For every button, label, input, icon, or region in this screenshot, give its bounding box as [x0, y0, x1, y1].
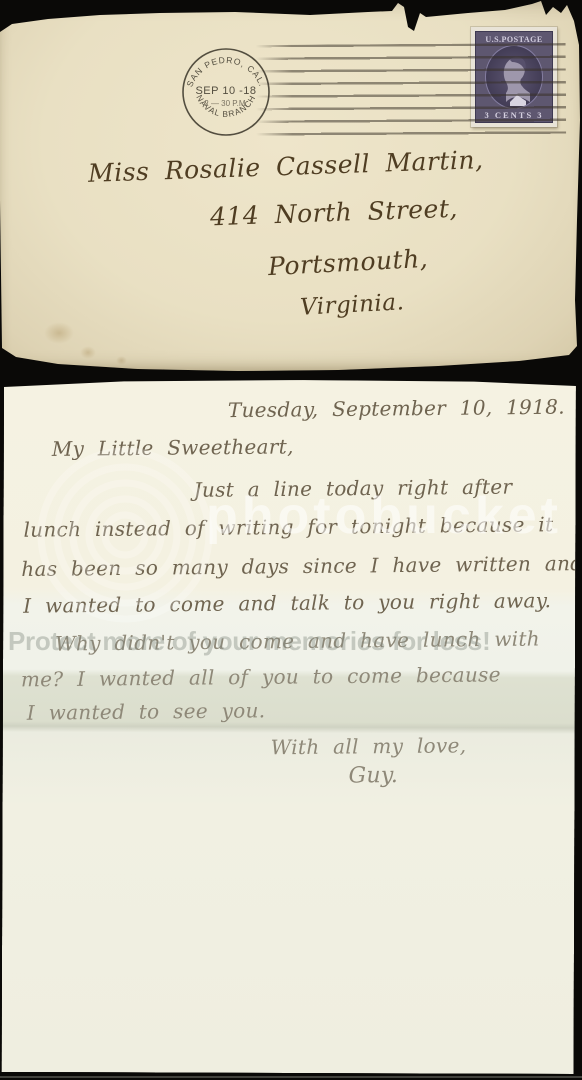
scan-edge-line	[0, 1076, 582, 1078]
envelope: SAN PEDRO, CAL. SEP 10 -18 2 — 30 P.M. N…	[0, 0, 582, 372]
envelope-stain	[44, 322, 74, 344]
letter-body-line: I wanted to see you.	[27, 698, 266, 724]
envelope-stain	[80, 346, 96, 359]
letter-body-line: lunch instead of writing for tonight bec…	[23, 512, 553, 542]
letter-closing: With all my love,	[271, 733, 467, 759]
postmark-date: SEP 10 -18	[195, 85, 256, 97]
scanned-letter-photo: SAN PEDRO, CAL. SEP 10 -18 2 — 30 P.M. N…	[0, 0, 582, 1080]
address-line-state: Virginia.	[299, 289, 405, 320]
letter-body-line: Just a line today right after	[193, 475, 512, 502]
letter-body-line: has been so many days since I have writt…	[21, 551, 582, 581]
address-line-recipient: Miss Rosalie Cassell Martin,	[88, 145, 484, 188]
address-line-city: Portsmouth,	[267, 244, 428, 281]
letter-body-line: Why didn't you come and have lunch with	[55, 626, 540, 655]
cancellation-bars	[256, 43, 567, 137]
letter-date-line: Tuesday, September 10, 1918.	[228, 395, 565, 423]
letter-salutation: My Little Sweetheart,	[52, 434, 294, 461]
letter-page: Tuesday, September 10, 1918. My Little S…	[2, 377, 576, 1074]
address-line-street: 414 North Street,	[210, 194, 459, 232]
envelope-stain	[116, 356, 127, 365]
letter-body-line: I wanted to come and talk to you right a…	[23, 588, 551, 618]
letter-body-line: me? I wanted all of you to come because	[21, 662, 501, 691]
letter-signature: Guy.	[348, 763, 398, 789]
